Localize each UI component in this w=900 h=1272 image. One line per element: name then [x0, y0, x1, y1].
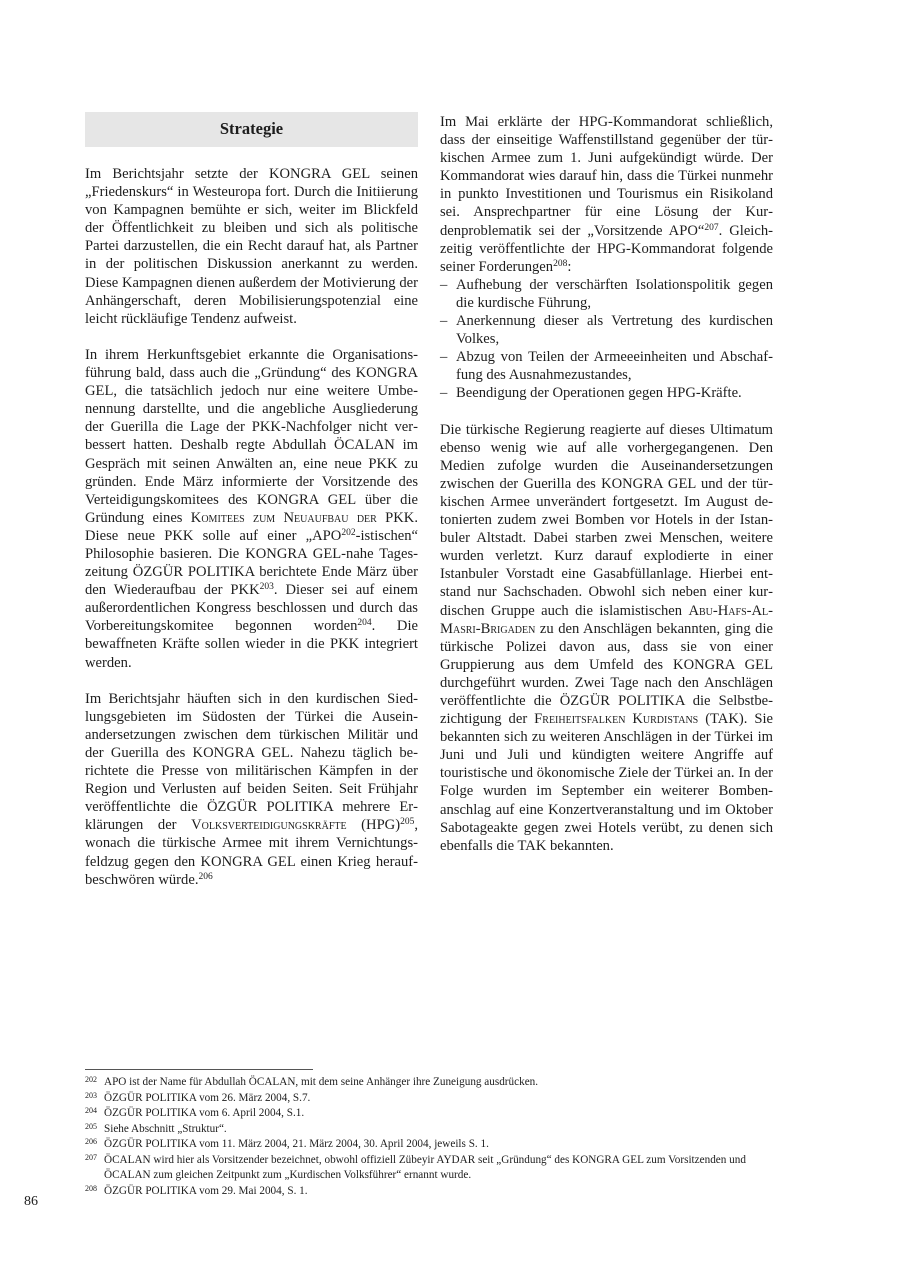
- footnote-text: ÖCALAN wird hier als Vorsitzender bezeic…: [104, 1154, 746, 1182]
- footnote-ref-203[interactable]: 203: [260, 582, 274, 592]
- organization-name: Volksverteidigungskräfte: [191, 817, 347, 833]
- footnote-text: APO ist der Name für Abdullah ÖCALAN, mi…: [104, 1076, 538, 1088]
- paragraph-auseinandersetzungen: Im Berichtsjahr häuften sich in den kurd…: [85, 690, 418, 889]
- footnote-ref-206[interactable]: 206: [198, 872, 212, 882]
- footnote-number: 207: [85, 1150, 97, 1166]
- paragraph-text: Im Berichtsjahr setzte der KONGRA GEL se…: [85, 166, 418, 327]
- organization-name: Komitees zum Neuaufbau der PKK: [191, 510, 415, 526]
- paragraph-friedenskurs: Im Berichtsjahr setzte der KONGRA GEL se…: [85, 165, 418, 328]
- footnote-ref-205[interactable]: 205: [400, 817, 414, 827]
- footnote-203: 203ÖZGÜR POLITIKA vom 26. März 2004, S.7…: [85, 1091, 785, 1107]
- footnote-number: 208: [85, 1181, 97, 1197]
- left-column: Strategie Im Berichtsjahr setzte der KON…: [85, 112, 418, 907]
- paragraph-herkunftsgebiet: In ihrem Herkunftsgebiet erkannte die Or…: [85, 346, 418, 672]
- footnote-number: 202: [85, 1072, 97, 1088]
- footnote-number: 206: [85, 1134, 97, 1150]
- footnote-text: ÖZGÜR POLITIKA vom 29. Mai 2004, S. 1.: [104, 1185, 308, 1197]
- footnote-ref-208[interactable]: 208: [553, 259, 567, 269]
- footnote-ref-207[interactable]: 207: [704, 223, 718, 233]
- paragraph-text: Im Mai erklärte der HPG-Kommandorat schl…: [440, 114, 773, 239]
- paragraph-text: :: [567, 259, 571, 275]
- footnote-text: ÖZGÜR POLITIKA vom 6. April 2004, S.1.: [104, 1107, 304, 1119]
- section-heading-box: Strategie: [85, 112, 418, 147]
- footnote-text: ÖZGÜR POLITIKA vom 11. März 2004, 21. Mä…: [104, 1138, 489, 1150]
- section-heading: Strategie: [220, 120, 283, 138]
- demands-list: Aufhebung der verschärften Isolationspol…: [440, 276, 773, 403]
- list-item: Beendigung der Operationen gegen HPG-Krä…: [440, 384, 773, 402]
- footnote-207: 207ÖCALAN wird hier als Vorsitzender bez…: [85, 1153, 785, 1184]
- footnote-number: 204: [85, 1103, 97, 1119]
- footnote-text: Siehe Abschnitt „Struktur“.: [104, 1123, 227, 1135]
- paragraph-text: In ihrem Herkunftsgebiet erkannte die Or…: [85, 347, 418, 526]
- paragraph-text: (TAK). Sie bekannten sich zu weiteren An…: [440, 711, 773, 854]
- paragraph-text: (HPG): [347, 817, 400, 833]
- footnote-number: 203: [85, 1088, 97, 1104]
- footnote-202: 202APO ist der Name für Abdullah ÖCALAN,…: [85, 1075, 785, 1091]
- list-item: Aufhebung der verschärften Isolationspol…: [440, 276, 773, 312]
- list-item: Anerkennung dieser als Vertretung des ku…: [440, 312, 773, 348]
- page-number: 86: [24, 1194, 38, 1210]
- paragraph-text: Im Berichtsjahr häuften sich in den kurd…: [85, 691, 418, 834]
- paragraph-hpg-kommandorat: Im Mai erklärte der HPG-Kommandorat schl…: [440, 113, 773, 276]
- footnote-206: 206ÖZGÜR POLITIKA vom 11. März 2004, 21.…: [85, 1137, 785, 1153]
- list-item: Abzug von Teilen der Armeeeinheiten und …: [440, 348, 773, 384]
- footnote-text: ÖZGÜR POLITIKA vom 26. März 2004, S.7.: [104, 1092, 310, 1104]
- footnotes: 202APO ist der Name für Abdullah ÖCALAN,…: [85, 1075, 785, 1199]
- footnote-ref-204[interactable]: 204: [357, 618, 371, 628]
- footnote-number: 205: [85, 1119, 97, 1135]
- footnote-divider: [85, 1069, 313, 1070]
- right-column: Im Mai erklärte der HPG-Kommandorat schl…: [440, 113, 773, 873]
- organization-name: Freiheitsfalken Kurdistans: [534, 711, 698, 727]
- footnote-204: 204ÖZGÜR POLITIKA vom 6. April 2004, S.1…: [85, 1106, 785, 1122]
- footnote-205: 205Siehe Abschnitt „Struktur“.: [85, 1122, 785, 1138]
- paragraph-regierung: Die türkische Regierung reagierte auf di…: [440, 421, 773, 855]
- paragraph-text: Die türkische Regierung reagierte auf di…: [440, 422, 773, 619]
- footnote-208: 208ÖZGÜR POLITIKA vom 29. Mai 2004, S. 1…: [85, 1184, 785, 1200]
- footnote-ref-202[interactable]: 202: [341, 528, 355, 538]
